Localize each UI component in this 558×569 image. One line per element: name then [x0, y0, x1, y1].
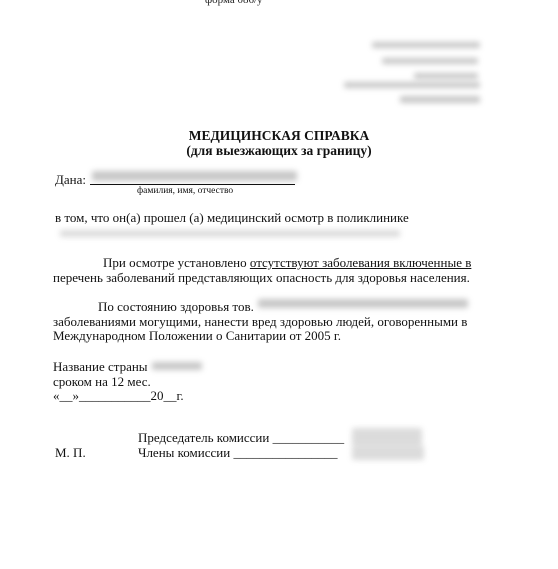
document-subtitle: (для выезжающих за границу) — [0, 143, 558, 159]
country-label: Название страны — [53, 359, 148, 375]
date-line: «__»___________20__г. — [53, 388, 184, 404]
paragraph2-start: По состоянию здоровья тов. — [98, 299, 254, 315]
issued-to-label: Дана: — [55, 172, 86, 188]
exam-line: в том, что он(а) прошел (а) медицинский … — [55, 210, 409, 226]
redacted-members-signature — [352, 446, 424, 460]
stamp-label: М. П. — [55, 445, 86, 461]
redacted-chairman-signature — [352, 428, 422, 446]
redacted-country — [152, 362, 202, 370]
redacted-clinic-name — [60, 230, 400, 237]
paragraph1-line1: При осмотре установлено отсутствуют забо… — [103, 255, 471, 271]
paragraph1-underlined: отсутствуют заболевания включенные в — [250, 255, 471, 270]
members-label: Члены комиссии ________________ — [138, 445, 337, 461]
name-underline — [90, 184, 295, 185]
paragraph1-line2: перечень заболеваний представляющих опас… — [53, 270, 470, 286]
chairman-label: Председатель комиссии ___________ — [138, 430, 344, 446]
form-number-cut: форма 086/у — [205, 0, 263, 6]
paragraph1-start: При осмотре установлено — [103, 255, 250, 270]
document-title: МЕДИЦИНСКАЯ СПРАВКА — [0, 128, 558, 144]
issued-to-caption: фамилия, имя, отчество — [137, 186, 233, 196]
redacted-full-name — [92, 171, 297, 181]
paragraph2-line3: Международном Положении о Санитарии от 2… — [53, 328, 341, 344]
redacted-patient-name — [258, 299, 468, 308]
